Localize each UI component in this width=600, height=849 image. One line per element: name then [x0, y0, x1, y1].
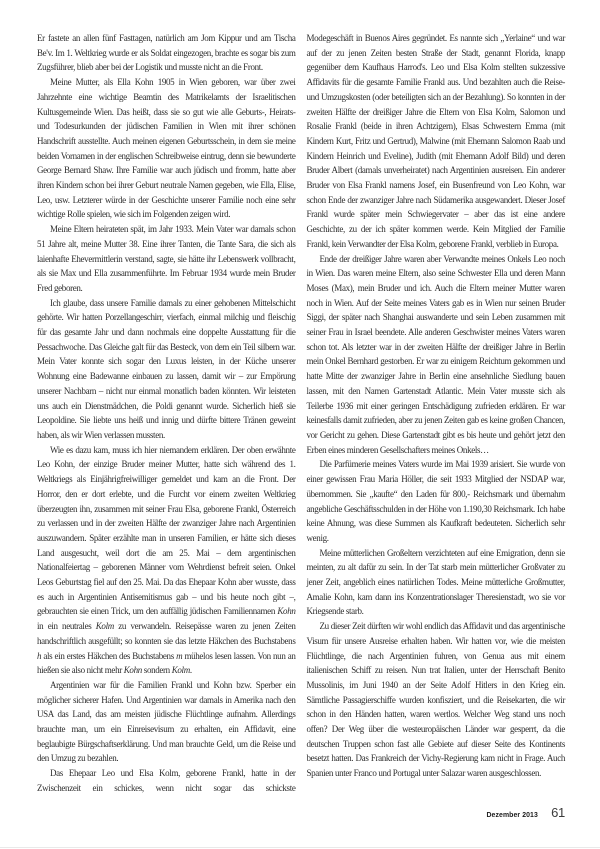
paragraph: Ich glaube, dass unsere Familie damals z…	[37, 296, 296, 443]
italic-name: h	[37, 651, 41, 661]
paragraph: Argentinien war für die Familien Frankl …	[37, 678, 296, 766]
paragraph: Meine Eltern heirateten spät, im Jahr 19…	[37, 222, 296, 296]
text-column-left: Er fastete an allen fünf Fasttagen, natü…	[37, 31, 296, 796]
paragraph: Zu dieser Zeit dürften wir wohl endlich …	[307, 619, 566, 781]
paragraph: Das Ehepaar Leo und Elsa Kolm, geborene …	[37, 766, 296, 795]
paragraph: Meine Mutter, als Ella Kohn 1905 in Wien…	[37, 75, 296, 222]
text-column-right: Modegeschäft in Buenos Aires gegründet. …	[307, 31, 566, 796]
paragraph: Er fastete an allen fünf Fasttagen, natü…	[37, 31, 296, 75]
paragraph: Meine mütterlichen Großeltern verzichtet…	[307, 546, 566, 620]
page-footer: Dezember 2013 61	[482, 805, 565, 820]
page-bottom-edge	[0, 847, 600, 848]
paragraph: Modegeschäft in Buenos Aires gegründet. …	[307, 31, 566, 252]
footer-issue-date: Dezember 2013	[487, 810, 538, 819]
paragraph: Die Parfümerie meines Vaters wurde im Ma…	[307, 457, 566, 545]
italic-name: Kolm	[172, 665, 190, 675]
paragraph: Wie es dazu kam, muss ich hier niemandem…	[37, 443, 296, 678]
document-page: Er fastete an allen fünf Fasttagen, natü…	[0, 0, 600, 849]
italic-name: m	[176, 651, 182, 661]
italic-name: Kohn	[124, 665, 142, 675]
italic-name: Kohn	[277, 606, 295, 616]
italic-name: Kolm	[96, 621, 114, 631]
footer-page-number: 61	[551, 805, 565, 820]
paragraph: Ende der dreißiger Jahre waren aber Verw…	[307, 252, 566, 458]
article-body: Er fastete an allen fünf Fasttagen, natü…	[37, 31, 565, 796]
